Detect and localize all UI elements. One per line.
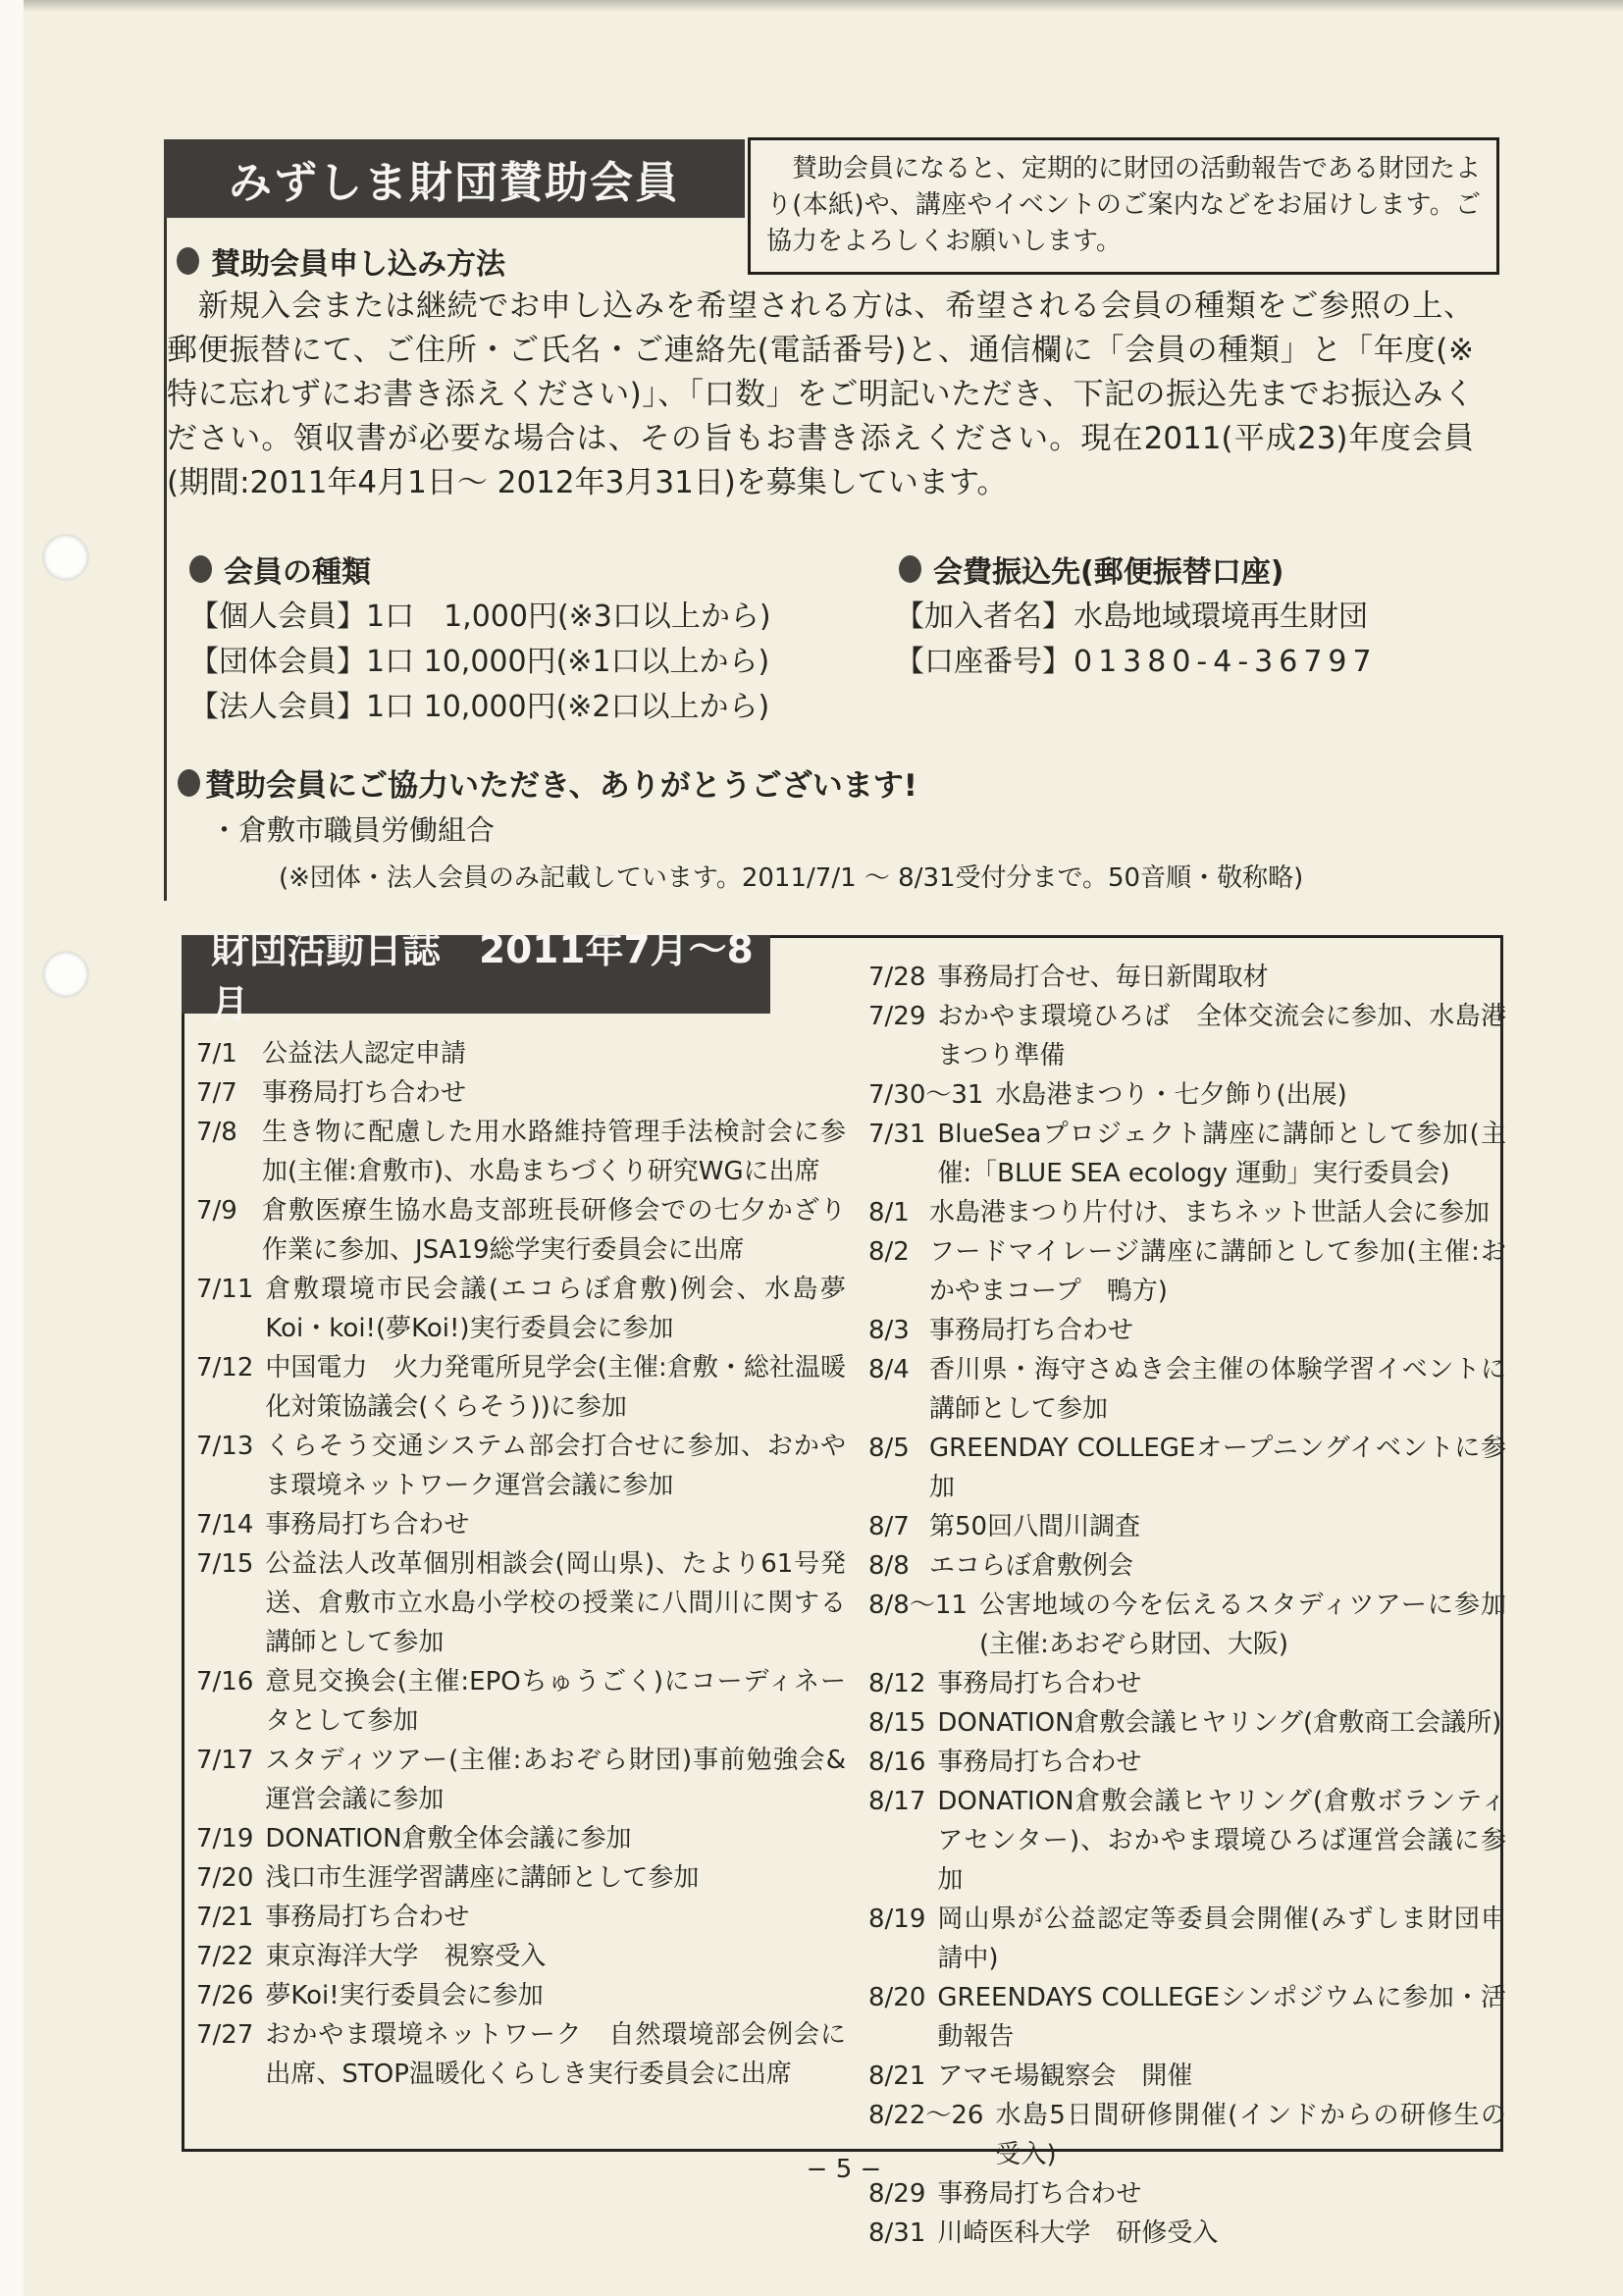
diary-entry-text: 意見交換会(主催:EPOちゅうごく)にコーディネータとして参加	[265, 1662, 846, 1741]
diary-entry: 8/31 川崎医科大学 研修受入	[868, 2214, 1506, 2253]
diary-entry-date: 7/22	[196, 1937, 265, 1976]
bullet-icon	[189, 555, 212, 583]
member-type-item: 【団体会員】1口 10,000円(※1口以上から)	[189, 640, 771, 685]
payment-account-lines: 【加入者名】水島地域環境再生財団 【口座番号】01380-4-36797	[895, 595, 1378, 685]
diary-entry: 8/17 DONATION倉敷会議ヒヤリング(倉敷ボランティアセンター)、おかや…	[868, 1782, 1506, 1900]
diary-entry-text: GREENDAY COLLEGEオープニングイベントに参加	[929, 1429, 1506, 1507]
diary-entry-text: 夢Koi!実行委員会に参加	[265, 1976, 846, 2015]
diary-entry-text: 中国電力 火力発電所見学会(主催:倉敷・総社温暖化対策協議会(くらそう))に参加	[265, 1348, 846, 1427]
thanks-heading-label: 賛助会員にご協力いただき、ありがとうございます!	[205, 760, 917, 805]
diary-entry-date: 8/20	[868, 1978, 937, 2057]
diary-entry-text: 公害地域の今を伝えるスタディツアーに参加(主催:あおぞら財団、大阪)	[979, 1586, 1506, 1664]
payment-account-heading-label: 会費振込先(郵便振替口座)	[933, 548, 1283, 591]
diary-entry-text: DONATION倉敷会議ヒヤリング(倉敷商工会議所)	[937, 1703, 1506, 1743]
diary-entry: 7/15 公益法人改革個別相談会(岡山県)、たより61号発送、倉敷市立水島小学校…	[196, 1544, 846, 1662]
diary-entry-text: 東京海洋大学 視察受入	[265, 1937, 846, 1976]
diary-entry-date: 8/12	[868, 1664, 937, 1703]
diary-entry-text: 水島港まつり片付け、まちネット世話人会に参加	[929, 1193, 1506, 1232]
diary-entry-text: 水島港まつり・七夕飾り(出展)	[995, 1075, 1506, 1115]
diary-entry: 8/21 アマモ場観察会 開催	[868, 2057, 1506, 2096]
scanned-newsletter-page: みずしま財団賛助会員 賛助会員になると、定期的に財団の活動報告である財団たより(…	[0, 0, 1623, 2296]
diary-entry: 7/21 事務局打ち合わせ	[196, 1898, 846, 1937]
diary-entry-text: 公益法人認定申請	[262, 1034, 846, 1073]
diary-entry: 7/9 倉敷医療生協水島支部班長研修会での七夕かざり作業に参加、JSA19総学実…	[196, 1191, 846, 1270]
diary-entry: 7/31 BlueSeaプロジェクト講座に講師として参加(主催:「BLUE SE…	[868, 1115, 1506, 1193]
diary-entry-date: 7/14	[196, 1505, 265, 1544]
diary-entry: 7/20 浅口市生涯学習講座に講師として参加	[196, 1858, 846, 1898]
diary-entry-text: 事務局打ち合わせ	[262, 1073, 846, 1113]
diary-entry: 8/12 事務局打ち合わせ	[868, 1664, 1506, 1703]
diary-entry: 8/20 GREENDAYS COLLEGEシンポジウムに参加・活動報告	[868, 1978, 1506, 2057]
diary-entry-date: 7/13	[196, 1427, 265, 1505]
support-section-title: みずしま財団賛助会員	[229, 147, 680, 210]
diary-entry-date: 7/16	[196, 1662, 265, 1741]
application-method-body: 新規入会または継続でお申し込みを希望される方は、希望される会員の種類をご参照の上…	[167, 285, 1474, 505]
diary-entry-date: 7/9	[196, 1191, 262, 1270]
diary-entry-date: 8/3	[868, 1311, 929, 1350]
diary-entry-text: 事務局打合せ、毎日新聞取材	[937, 958, 1506, 997]
bullet-icon	[177, 247, 199, 275]
diary-entry-text: 事務局打ち合わせ	[937, 1743, 1506, 1782]
diary-entry: 8/22〜26 水島5日間研修開催(インドからの研修生の受入)	[868, 2096, 1506, 2174]
payment-line: 【加入者名】水島地域環境再生財団	[895, 595, 1378, 640]
diary-entry-date: 8/4	[868, 1350, 929, 1429]
diary-entry-date: 7/31	[868, 1115, 937, 1193]
diary-entry-text: 香川県・海守さぬき会主催の体験学習イベントに講師として参加	[929, 1350, 1506, 1429]
diary-entry-date: 8/1	[868, 1193, 929, 1232]
diary-entry: 8/1 水島港まつり片付け、まちネット世話人会に参加	[868, 1193, 1506, 1232]
scan-top-edge	[0, 0, 1623, 12]
thanks-member-name: ・倉敷市職員労働組合	[210, 809, 495, 849]
diary-entry: 7/11 倉敷環境市民会議(エコらぼ倉敷)例会、水島夢Koi・koi!(夢Koi…	[196, 1270, 846, 1348]
diary-entry-date: 7/11	[196, 1270, 265, 1348]
diary-entry: 7/30〜31 水島港まつり・七夕飾り(出展)	[868, 1075, 1506, 1115]
diary-entry-date: 7/20	[196, 1858, 265, 1898]
member-types-heading: 会員の種類	[189, 548, 371, 591]
diary-entry: 8/8 エコらぼ倉敷例会	[868, 1546, 1506, 1586]
diary-entry-date: 7/7	[196, 1073, 262, 1113]
diary-column-right: 7/28 事務局打合せ、毎日新聞取材 7/29 おかやま環境ひろば 全体交流会に…	[868, 958, 1506, 2253]
diary-entry: 7/27 おかやま環境ネットワーク 自然環境部会例会に出席、STOP温暖化くらし…	[196, 2015, 846, 2094]
diary-entry-text: BlueSeaプロジェクト講座に講師として参加(主催:「BLUE SEA eco…	[937, 1115, 1506, 1193]
payment-line-label: 【加入者名】	[895, 600, 1072, 634]
diary-entry: 7/26 夢Koi!実行委員会に参加	[196, 1976, 846, 2015]
diary-entry-text: 事務局打ち合わせ	[929, 1311, 1506, 1350]
diary-entry-text: おかやま環境ひろば 全体交流会に参加、水島港まつり準備	[937, 997, 1506, 1075]
diary-title: 財団活動日誌 2011年7月〜8月	[211, 919, 770, 1029]
application-method-heading-label: 賛助会員申し込み方法	[211, 239, 505, 283]
diary-entry-text: 倉敷医療生協水島支部班長研修会での七夕かざり作業に参加、JSA19総学実行委員会…	[262, 1191, 846, 1270]
diary-entry-text: 岡山県が公益認定等委員会開催(みずしま財団申請中)	[937, 1900, 1506, 1978]
diary-entry-date: 7/12	[196, 1348, 265, 1427]
diary-entry: 7/17 スタディツアー(主催:あおぞら財団)事前勉強会&運営会議に参加	[196, 1741, 846, 1819]
diary-entry: 7/12 中国電力 火力発電所見学会(主催:倉敷・総社温暖化対策協議会(くらそう…	[196, 1348, 846, 1427]
diary-entry-date: 8/15	[868, 1703, 937, 1743]
punch-hole-bottom	[43, 952, 88, 997]
page-number: − 5 −	[746, 2155, 942, 2184]
diary-entry-text: 倉敷環境市民会議(エコらぼ倉敷)例会、水島夢Koi・koi!(夢Koi!)実行委…	[265, 1270, 846, 1348]
diary-entry-date: 7/27	[196, 2015, 265, 2094]
diary-entry-text: くらそう交通システム部会打合せに参加、おかやま環境ネットワーク運営会議に参加	[265, 1427, 846, 1505]
diary-entry-date: 8/7	[868, 1507, 929, 1546]
diary-entry: 7/7 事務局打ち合わせ	[196, 1073, 846, 1113]
diary-entry-text: 事務局打ち合わせ	[265, 1898, 846, 1937]
punch-hole-top	[43, 535, 88, 580]
diary-entry-text: 浅口市生涯学習講座に講師として参加	[265, 1858, 846, 1898]
diary-entry-date: 7/19	[196, 1819, 265, 1858]
diary-entry: 8/3 事務局打ち合わせ	[868, 1311, 1506, 1350]
support-section-title-bar: みずしま財団賛助会員	[164, 139, 745, 218]
diary-entry: 8/7 第50回八間川調査	[868, 1507, 1506, 1546]
diary-entry-date: 7/8	[196, 1113, 262, 1191]
diary-entry-date: 8/8〜11	[868, 1586, 979, 1664]
diary-entry: 8/8〜11 公害地域の今を伝えるスタディツアーに参加(主催:あおぞら財団、大阪…	[868, 1586, 1506, 1664]
member-type-list: 【個人会員】1口 1,000円(※3口以上から) 【団体会員】1口 10,000…	[189, 595, 771, 730]
member-type-item: 【個人会員】1口 1,000円(※3口以上から)	[189, 595, 771, 640]
diary-entry-text: DONATION倉敷会議ヒヤリング(倉敷ボランティアセンター)、おかやま環境ひろ…	[937, 1782, 1506, 1900]
diary-entry-date: 7/21	[196, 1898, 265, 1937]
diary-column-left: 7/1 公益法人認定申請 7/7 事務局打ち合わせ 7/8 生き物に配慮した用水…	[196, 1034, 846, 2094]
diary-entry: 7/8 生き物に配慮した用水路維持管理手法検討会に参加(主催:倉敷市)、水島まち…	[196, 1113, 846, 1191]
diary-entry-date: 7/15	[196, 1544, 265, 1662]
diary-entry-text: 公益法人改革個別相談会(岡山県)、たより61号発送、倉敷市立水島小学校の授業に八…	[265, 1544, 846, 1662]
diary-entry: 7/29 おかやま環境ひろば 全体交流会に参加、水島港まつり準備	[868, 997, 1506, 1075]
diary-entry-text: 生き物に配慮した用水路維持管理手法検討会に参加(主催:倉敷市)、水島まちづくり研…	[262, 1113, 846, 1191]
diary-entry: 8/4 香川県・海守さぬき会主催の体験学習イベントに講師として参加	[868, 1350, 1506, 1429]
diary-entry-date: 7/1	[196, 1034, 262, 1073]
diary-title-bar: 財団活動日誌 2011年7月〜8月	[182, 935, 770, 1014]
payment-line-label: 【口座番号】	[895, 645, 1072, 679]
thanks-heading: 賛助会員にご協力いただき、ありがとうございます!	[178, 760, 917, 805]
diary-entry: 8/2 フードマイレージ講座に講師として参加(主催:おかやまコープ 鴨方)	[868, 1232, 1506, 1311]
diary-entry-text: 第50回八間川調査	[929, 1507, 1506, 1546]
payment-line: 【口座番号】01380-4-36797	[895, 640, 1378, 685]
diary-entry-date: 7/30〜31	[868, 1075, 995, 1115]
diary-entry-text: アマモ場観察会 開催	[937, 2057, 1506, 2096]
diary-entry: 8/19 岡山県が公益認定等委員会開催(みずしま財団申請中)	[868, 1900, 1506, 1978]
application-method-heading: 賛助会員申し込み方法	[177, 239, 505, 283]
diary-entry-text: おかやま環境ネットワーク 自然環境部会例会に出席、STOP温暖化くらしき実行委員…	[265, 2015, 846, 2094]
diary-entry: 7/28 事務局打合せ、毎日新聞取材	[868, 958, 1506, 997]
bullet-icon	[178, 769, 200, 797]
support-section-left-rule	[164, 139, 167, 901]
diary-entry-date: 8/16	[868, 1743, 937, 1782]
diary-entry-text: DONATION倉敷全体会議に参加	[265, 1819, 846, 1858]
diary-entry: 8/29 事務局打ち合わせ	[868, 2174, 1506, 2214]
member-types-heading-label: 会員の種類	[224, 548, 371, 591]
diary-entry-text: GREENDAYS COLLEGEシンポジウムに参加・活動報告	[937, 1978, 1506, 2057]
diary-entry: 7/13 くらそう交通システム部会打合せに参加、おかやま環境ネットワーク運営会議…	[196, 1427, 846, 1505]
diary-entry-date: 8/8	[868, 1546, 929, 1586]
diary-entry-date: 8/5	[868, 1429, 929, 1507]
scan-left-edge	[0, 0, 24, 2296]
diary-entry-date: 8/2	[868, 1232, 929, 1311]
diary-entry: 7/14 事務局打ち合わせ	[196, 1505, 846, 1544]
diary-entry-date: 8/19	[868, 1900, 937, 1978]
diary-entry-text: 川崎医科大学 研修受入	[937, 2214, 1506, 2253]
payment-line-value: 水島地域環境再生財団	[1073, 600, 1368, 634]
diary-entry-text: 水島5日間研修開催(インドからの研修生の受入)	[995, 2096, 1506, 2174]
diary-entry-text: 事務局打ち合わせ	[265, 1505, 846, 1544]
diary-entry-date: 7/29	[868, 997, 937, 1075]
diary-entry-date: 7/28	[868, 958, 937, 997]
diary-entry: 8/5 GREENDAY COLLEGEオープニングイベントに参加	[868, 1429, 1506, 1507]
diary-entry-text: 事務局打ち合わせ	[937, 1664, 1506, 1703]
diary-entry-date: 7/26	[196, 1976, 265, 2015]
bullet-icon	[899, 555, 921, 583]
diary-entry-text: フードマイレージ講座に講師として参加(主催:おかやまコープ 鴨方)	[929, 1232, 1506, 1311]
member-type-item: 【法人会員】1口 10,000円(※2口以上から)	[189, 685, 771, 730]
diary-entry: 8/15 DONATION倉敷会議ヒヤリング(倉敷商工会議所)	[868, 1703, 1506, 1743]
diary-entry: 8/16 事務局打ち合わせ	[868, 1743, 1506, 1782]
diary-entry-text: 事務局打ち合わせ	[937, 2174, 1506, 2214]
diary-entry-text: スタディツアー(主催:あおぞら財団)事前勉強会&運営会議に参加	[265, 1741, 846, 1819]
support-intro-box: 賛助会員になると、定期的に財団の活動報告である財団たより(本紙)や、講座やイベン…	[748, 137, 1499, 275]
thanks-note: (※団体・法人会員のみ記載しています。2011/7/1 〜 8/31受付分まで。…	[279, 858, 1303, 894]
diary-entry-text: エコらぼ倉敷例会	[929, 1546, 1506, 1586]
diary-entry: 7/1 公益法人認定申請	[196, 1034, 846, 1073]
diary-entry: 7/19 DONATION倉敷全体会議に参加	[196, 1819, 846, 1858]
diary-entry-date: 8/31	[868, 2214, 937, 2253]
diary-entry: 7/16 意見交換会(主催:EPOちゅうごく)にコーディネータとして参加	[196, 1662, 846, 1741]
support-intro-text: 賛助会員になると、定期的に財団の活動報告である財団たより(本紙)や、講座やイベン…	[766, 151, 1481, 260]
diary-entry-date: 7/17	[196, 1741, 265, 1819]
payment-line-value: 01380-4-36797	[1073, 645, 1378, 679]
diary-entry: 7/22 東京海洋大学 視察受入	[196, 1937, 846, 1976]
diary-entry-date: 8/17	[868, 1782, 937, 1900]
diary-entry-date: 8/21	[868, 2057, 937, 2096]
payment-account-heading: 会費振込先(郵便振替口座)	[899, 548, 1283, 591]
